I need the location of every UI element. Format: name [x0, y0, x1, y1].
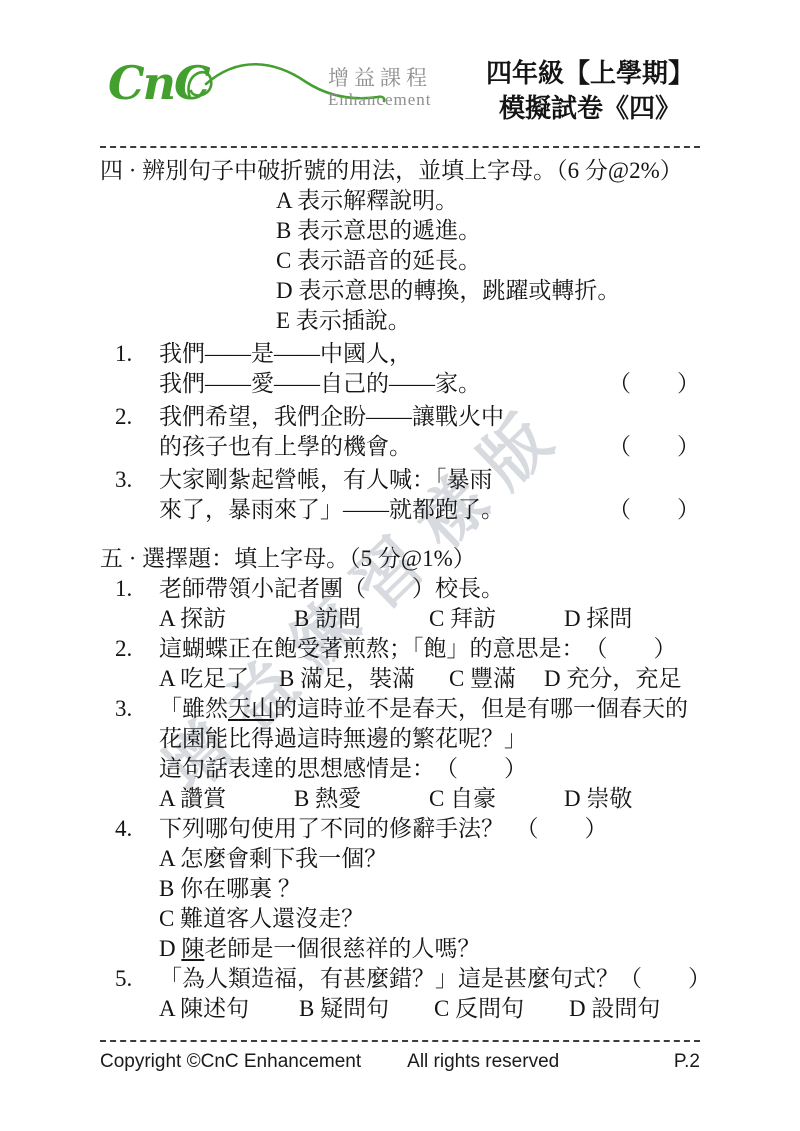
section4-option-e: E 表示插說。: [276, 306, 700, 336]
mc-option-c: C 拜訪: [429, 604, 564, 634]
s5-q1-options: A 探訪 B 訪問 C 拜訪 D 採問: [100, 604, 700, 634]
question-text: 我們希望，我們企盼——讓戰火中: [159, 402, 504, 432]
mc-option-a: A 探訪: [159, 604, 294, 634]
mc-option-a: A 陳述句: [159, 994, 299, 1024]
mc-option-c: C 反問句: [434, 994, 569, 1024]
answer-bracket: （ ）: [608, 432, 700, 462]
question-text: 來了，暴雨來了」——就都跑了。: [159, 495, 504, 525]
question-number-spacer: [100, 495, 159, 525]
question-number: 4.: [100, 814, 159, 844]
question-number-spacer: [100, 724, 159, 754]
footer-rights: All rights reserved: [407, 1051, 559, 1073]
s5-q4-option-d: D 陳老師是一個很慈祥的人嗎？: [100, 934, 700, 964]
s4-q2-row2: 的孩子也有上學的機會。 （ ）: [100, 432, 700, 462]
s5-q3-row2: 花園能比得過這時無邊的繁花呢？」: [100, 724, 700, 754]
mc-option-b: B 疑問句: [299, 994, 434, 1024]
section4-option-b: B 表示意思的遞進。: [276, 216, 700, 246]
question-number-spacer: [100, 369, 159, 399]
question-number-spacer: [100, 904, 159, 934]
paper-title-line1: 四年級【上學期】: [480, 56, 700, 91]
s4-q1-row1: 1. 我們——是——中國人，: [100, 339, 700, 369]
brand-chinese: 增益課程: [328, 66, 432, 90]
question-text: 下列哪句使用了不同的修辭手法？ （ ）: [159, 814, 608, 844]
text-segment: D: [159, 936, 181, 961]
section5-heading: 五 · 選擇題：填上字母。（5 分@1%）: [100, 544, 700, 574]
question-number-spacer: [100, 934, 159, 964]
question-text: 的孩子也有上學的機會。: [159, 432, 412, 462]
mc-option-c: C 豐滿: [449, 664, 544, 694]
question-number: 2.: [100, 634, 159, 664]
header-divider: [100, 146, 700, 148]
paper-title: 四年級【上學期】 模擬試卷《四》: [480, 56, 700, 126]
mc-option-b: B 滿足，裝滿: [279, 664, 449, 694]
question-number-spacer: [100, 844, 159, 874]
question-text: 大家剛紮起營帳，有人喊：「暴雨: [159, 465, 493, 495]
brand-block: 增益課程 Enhancement: [328, 66, 432, 110]
question-text: 這句話表達的思想感情是： （ ）: [159, 754, 527, 784]
section4-option-c: C 表示語音的延長。: [276, 246, 700, 276]
question-number: 1.: [100, 574, 159, 604]
question-text: 老師帶領小記者團（ ）校長。: [159, 574, 504, 604]
s5-q3-options: A 讚賞 B 熱愛 C 自豪 D 崇敬: [100, 784, 700, 814]
brand-english: Enhancement: [328, 90, 432, 110]
question-text: 「為人類造福，有甚麼錯？」這是甚麼句式？（ ）: [159, 964, 700, 994]
underlined-term: 天山: [228, 696, 274, 721]
question-number-spacer: [100, 994, 159, 1024]
s5-q4-option-c: C 難道客人還沒走？: [100, 904, 700, 934]
mc-option-b: B 熱愛: [294, 784, 429, 814]
s4-q2-row1: 2. 我們希望，我們企盼——讓戰火中: [100, 402, 700, 432]
question-number-spacer: [100, 784, 159, 814]
footer-page-number: P.2: [674, 1051, 700, 1073]
section4-options: A 表示解釋說明。 B 表示意思的遞進。 C 表示語音的延長。 D 表示意思的轉…: [276, 186, 700, 336]
s5-q4-option-b: B 你在哪裏 ？: [100, 874, 700, 904]
mc-option-c: C 難道客人還沒走？: [159, 904, 364, 934]
question-text: 這蝴蝶正在飽受著煎熬；「飽」的意思是： （ ）: [159, 634, 677, 664]
mc-option-d: D 採問: [564, 604, 632, 634]
question-number: 2.: [100, 402, 159, 432]
question-number-spacer: [100, 754, 159, 784]
section4-heading: 四 · 辨別句子中破折號的用法，並填上字母。（6 分@2%）: [100, 156, 700, 186]
underlined-term: 陳: [181, 936, 204, 961]
question-number-spacer: [100, 432, 159, 462]
question-text: 我們——是——中國人，: [159, 339, 412, 369]
worksheet-page: 增益練習樣版 CnC 增益課程 Enhancement 四年級【上學期】 模擬試…: [0, 0, 800, 1131]
s5-q1-row: 1. 老師帶領小記者團（ ）校長。: [100, 574, 700, 604]
mc-option-a: A 吃足了: [159, 664, 279, 694]
s5-q4-option-a: A 怎麼會剩下我一個？: [100, 844, 700, 874]
section4-option-a: A 表示解釋說明。: [276, 186, 700, 216]
text-segment: 「雖然: [159, 696, 228, 721]
s5-q5-options: A 陳述句 B 疑問句 C 反問句 D 設問句: [100, 994, 700, 1024]
question-number-spacer: [100, 664, 159, 694]
mc-option-b: B 你在哪裏 ？: [159, 874, 301, 904]
s5-q2-options: A 吃足了 B 滿足，裝滿 C 豐滿 D 充分，充足: [100, 664, 700, 694]
question-text: 「雖然天山的這時並不是春天，但是有哪一個春天的: [159, 694, 688, 724]
s4-q3-row1: 3. 大家剛紮起營帳，有人喊：「暴雨: [100, 465, 700, 495]
s5-q3-row3: 這句話表達的思想感情是： （ ）: [100, 754, 700, 784]
question-number: 3.: [100, 465, 159, 495]
mc-option-a: A 讚賞: [159, 784, 294, 814]
s5-q3-row1: 3. 「雖然天山的這時並不是春天，但是有哪一個春天的: [100, 694, 700, 724]
question-number: 1.: [100, 339, 159, 369]
footer-copyright: Copyright ©CnC Enhancement: [100, 1051, 361, 1073]
page-footer: Copyright ©CnC Enhancement All rights re…: [100, 1042, 700, 1073]
text-segment: 的這時並不是春天，但是有哪一個春天的: [274, 696, 688, 721]
mc-option-d: D 崇敬: [564, 784, 632, 814]
text-segment: 老師是一個很慈祥的人嗎？: [204, 936, 480, 961]
mc-option-a: A 怎麼會剩下我一個？: [159, 844, 387, 874]
section4-option-d: D 表示意思的轉換，跳躍或轉折。: [276, 276, 700, 306]
answer-bracket: （ ）: [608, 495, 700, 525]
s4-q3-row2: 來了，暴雨來了」——就都跑了。 （ ）: [100, 495, 700, 525]
s5-q2-row: 2. 這蝴蝶正在飽受著煎熬；「飽」的意思是： （ ）: [100, 634, 700, 664]
question-number-spacer: [100, 604, 159, 634]
question-text: 我們——愛——自己的——家。: [159, 369, 481, 399]
mc-option-d: D 充分，充足: [544, 664, 681, 694]
page-header: CnC 增益課程 Enhancement 四年級【上學期】 模擬試卷《四》: [100, 54, 700, 144]
s5-q5-row: 5. 「為人類造福，有甚麼錯？」這是甚麼句式？（ ）: [100, 964, 700, 994]
paper-title-line2: 模擬試卷《四》: [480, 91, 700, 126]
question-number: 3.: [100, 694, 159, 724]
mc-option-c: C 自豪: [429, 784, 564, 814]
question-number: 5.: [100, 964, 159, 994]
mc-option-b: B 訪問: [294, 604, 429, 634]
question-text: 花園能比得過這時無邊的繁花呢？」: [159, 724, 527, 754]
answer-bracket: （ ）: [608, 369, 700, 399]
mc-option-d: D 設問句: [569, 994, 660, 1024]
question-number-spacer: [100, 874, 159, 904]
mc-option-d: D 陳老師是一個很慈祥的人嗎？: [159, 934, 480, 964]
s5-q4-row: 4. 下列哪句使用了不同的修辭手法？ （ ）: [100, 814, 700, 844]
s4-q1-row2: 我們——愛——自己的——家。 （ ）: [100, 369, 700, 399]
